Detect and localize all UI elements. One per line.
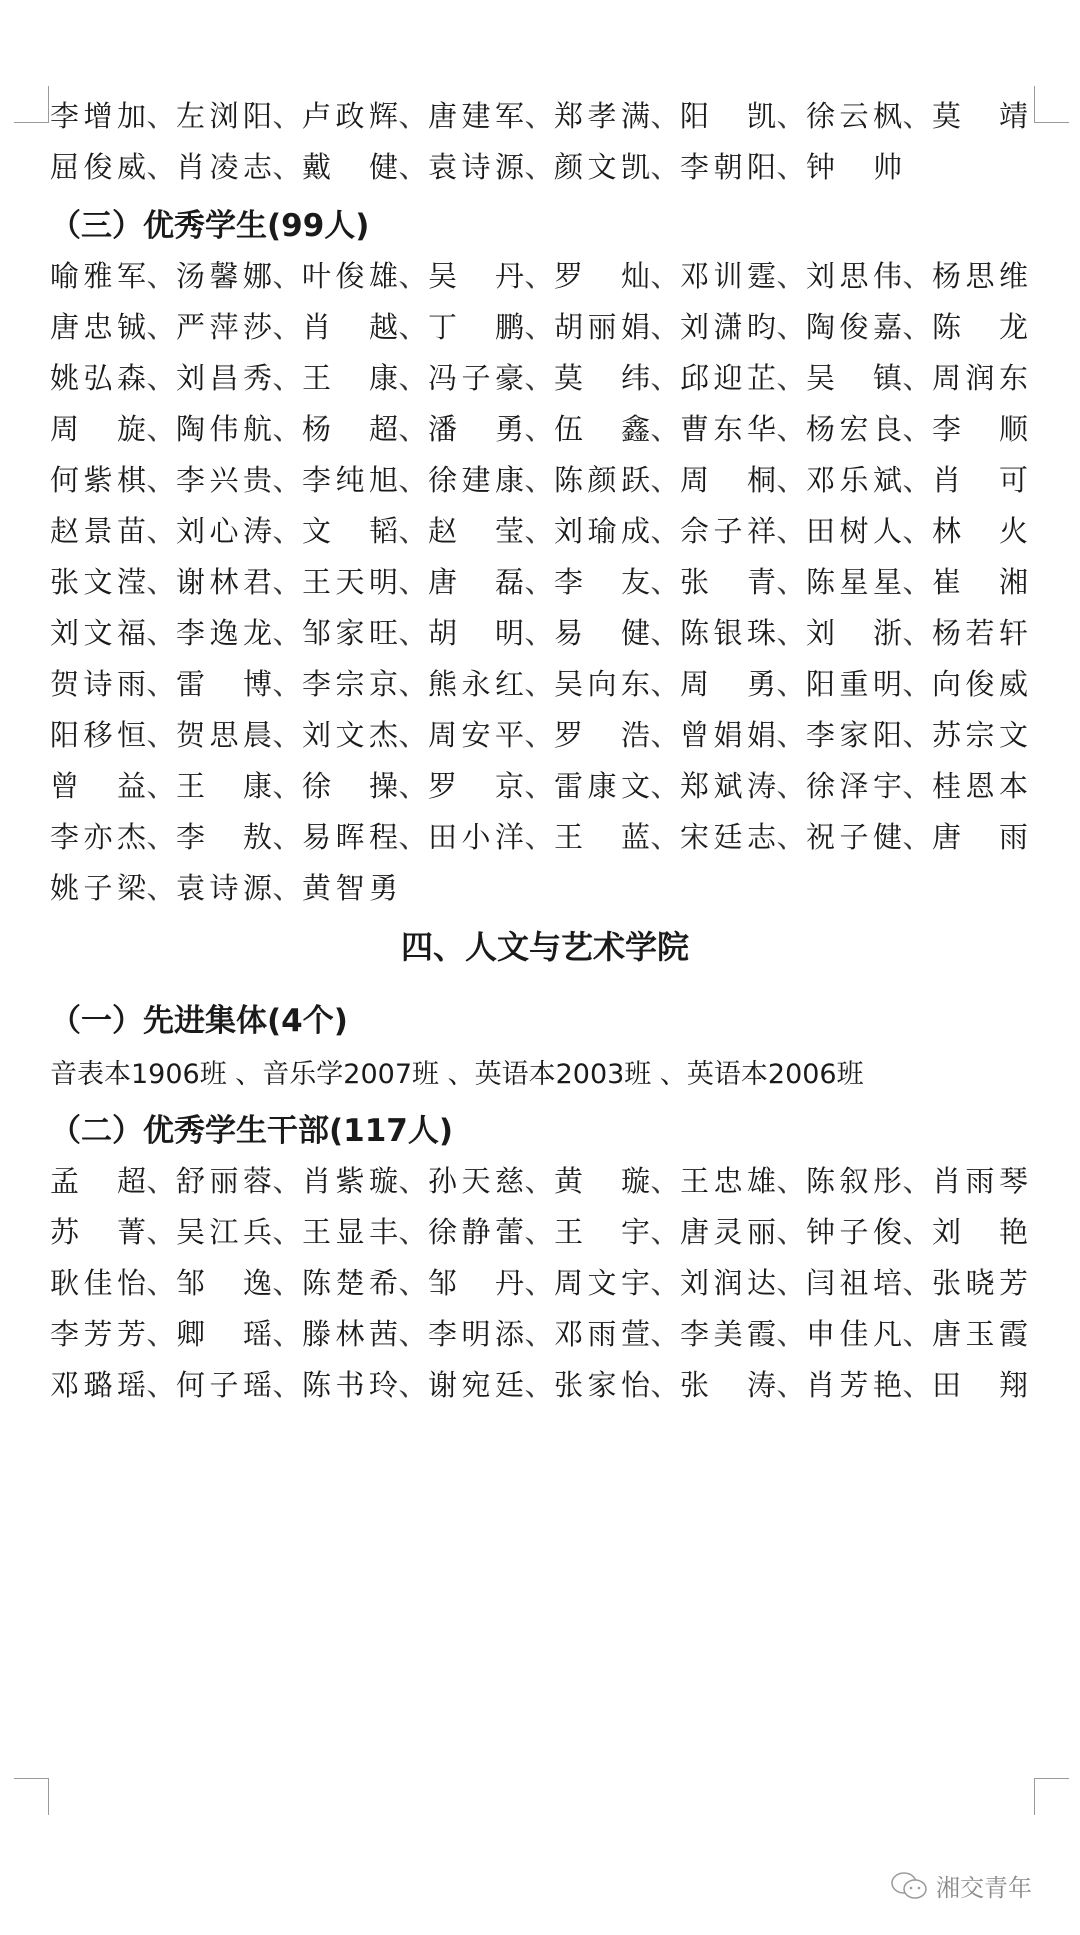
separator: 、 [902, 764, 932, 805]
name-row: 苏 菁、吴江兵、王显丰、徐静蕾、王 宇、唐灵丽、钟子俊、刘 艳 [50, 1208, 1040, 1252]
separator: 、 [650, 611, 680, 652]
person-name: 曹东华 [680, 407, 776, 448]
separator: 、 [398, 662, 428, 703]
separator: 、 [902, 662, 932, 703]
separator: 、 [650, 764, 680, 805]
person-name: 刘 浙 [806, 611, 902, 652]
person-name: 邹 丹 [428, 1261, 524, 1302]
separator: 、 [398, 1159, 428, 1200]
person-name: 王天明 [302, 560, 398, 601]
person-name: 戴 健 [302, 145, 398, 186]
separator: 、 [650, 815, 680, 856]
separator: 、 [146, 764, 176, 805]
separator: 、 [398, 145, 428, 186]
person-name: 陶俊嘉 [806, 305, 902, 346]
person-name: 颜文凯 [554, 145, 650, 186]
separator: 、 [524, 611, 554, 652]
separator: 、 [650, 305, 680, 346]
person-name: 杨 超 [302, 407, 398, 448]
separator: 、 [650, 509, 680, 550]
separator: 、 [272, 254, 302, 295]
separator: 、 [398, 356, 428, 397]
separator: 、 [524, 713, 554, 754]
person-name: 耿佳怡 [50, 1261, 146, 1302]
separator: 、 [650, 1159, 680, 1200]
separator: 、 [272, 1159, 302, 1200]
person-name: 邓训霆 [680, 254, 776, 295]
separator: 、 [524, 254, 554, 295]
separator: 、 [776, 611, 806, 652]
person-name: 何紫棋 [50, 458, 146, 499]
separator: 、 [398, 94, 428, 135]
separator: 、 [272, 662, 302, 703]
separator: 、 [272, 1312, 302, 1353]
person-name: 严萍莎 [176, 305, 272, 346]
name-row: 李亦杰、李 敖、易晖程、田小洋、王 蓝、宋廷志、祝子健、唐 雨 [50, 813, 1040, 857]
person-name: 熊永红 [428, 662, 524, 703]
person-name: 邱迎芷 [680, 356, 776, 397]
separator: 、 [398, 1261, 428, 1302]
person-name: 潘 勇 [428, 407, 524, 448]
separator: 、 [146, 560, 176, 601]
name-row: 何紫棋、李兴贵、李纯旭、徐建康、陈颜跃、周 桐、邓乐斌、肖 可 [50, 456, 1040, 500]
separator: 、 [776, 94, 806, 135]
person-name: 邓雨萱 [554, 1312, 650, 1353]
person-name: 冯子豪 [428, 356, 524, 397]
person-name: 陈星星 [806, 560, 902, 601]
person-name: 屈俊威 [50, 145, 146, 186]
person-name: 陈书玲 [302, 1363, 398, 1404]
separator: 、 [902, 1210, 932, 1251]
person-name: 唐灵丽 [680, 1210, 776, 1251]
person-name: 张晓芳 [932, 1261, 1028, 1302]
person-name: 李芳芳 [50, 1312, 146, 1353]
separator: 、 [146, 662, 176, 703]
person-name: 崔 湘 [932, 560, 1028, 601]
person-name: 孙天慈 [428, 1159, 524, 1200]
separator: 、 [902, 94, 932, 135]
separator: 、 [272, 509, 302, 550]
separator: 、 [398, 560, 428, 601]
separator: 、 [398, 254, 428, 295]
person-name: 林 火 [932, 509, 1028, 550]
separator: 、 [146, 458, 176, 499]
separator: 、 [650, 356, 680, 397]
person-name: 徐 操 [302, 764, 398, 805]
person-name: 周润东 [932, 356, 1028, 397]
crop-mark-bottom-left [14, 1778, 49, 1815]
person-name: 王 蓝 [554, 815, 650, 856]
separator: 、 [398, 458, 428, 499]
person-name: 陶伟航 [176, 407, 272, 448]
person-name: 卢政辉 [302, 94, 398, 135]
separator: 、 [902, 560, 932, 601]
person-name: 李美霞 [680, 1312, 776, 1353]
separator: 、 [902, 254, 932, 295]
separator: 、 [272, 1363, 302, 1404]
separator: 、 [524, 458, 554, 499]
person-name: 谢林君 [176, 560, 272, 601]
name-row: 李芳芳、卿 瑶、滕林茜、李明添、邓雨萱、李美霞、申佳凡、唐玉霞 [50, 1310, 1040, 1354]
separator: 、 [146, 1363, 176, 1404]
person-name: 吴 镇 [806, 356, 902, 397]
separator: 、 [398, 815, 428, 856]
person-name: 钟 帅 [806, 145, 902, 186]
separator: 、 [776, 662, 806, 703]
person-name: 汤馨娜 [176, 254, 272, 295]
person-name: 李 顺 [932, 407, 1028, 448]
person-name: 肖 可 [932, 458, 1028, 499]
name-row: 孟 超、舒丽蓉、肖紫璇、孙天慈、黄 璇、王忠雄、陈叙彤、肖雨琴 [50, 1157, 1040, 1201]
person-name: 姚弘森 [50, 356, 146, 397]
person-name: 徐泽宇 [806, 764, 902, 805]
person-name: 莫 靖 [932, 94, 1028, 135]
person-name: 罗 灿 [554, 254, 650, 295]
person-name: 丁 鹏 [428, 305, 524, 346]
separator: 、 [650, 1261, 680, 1302]
person-name: 钟子俊 [806, 1210, 902, 1251]
person-name: 邓乐斌 [806, 458, 902, 499]
name-row: 李增加、左浏阳、卢政辉、唐建军、郑孝满、阳 凯、徐云枫、莫 靖 [50, 92, 1040, 136]
name-row: 阳移恒、贺思晨、刘文杰、周安平、罗 浩、曾娟娟、李家阳、苏宗文 [50, 711, 1040, 755]
separator: 、 [146, 356, 176, 397]
separator: 、 [524, 764, 554, 805]
separator: 、 [272, 866, 302, 907]
person-name: 喻雅军 [50, 254, 146, 295]
person-name: 桂恩本 [932, 764, 1028, 805]
separator: 、 [902, 509, 932, 550]
separator: 、 [776, 1159, 806, 1200]
separator: 、 [776, 254, 806, 295]
separator: 、 [650, 1312, 680, 1353]
person-name: 邓璐瑶 [50, 1363, 146, 1404]
person-name: 张家怡 [554, 1363, 650, 1404]
name-row: 刘文福、李逸龙、邹家旺、胡 明、易 健、陈银珠、刘 浙、杨若轩 [50, 609, 1040, 653]
separator: 、 [650, 560, 680, 601]
person-name: 陈楚希 [302, 1261, 398, 1302]
person-name: 宋廷志 [680, 815, 776, 856]
person-name: 曾娟娟 [680, 713, 776, 754]
separator: 、 [524, 1312, 554, 1353]
person-name: 文 韬 [302, 509, 398, 550]
separator: 、 [776, 713, 806, 754]
person-name: 舒丽蓉 [176, 1159, 272, 1200]
person-name: 雷 博 [176, 662, 272, 703]
name-row: 屈俊威、肖凌志、戴 健、袁诗源、颜文凯、李朝阳、钟 帅 [50, 143, 1040, 187]
person-name: 李纯旭 [302, 458, 398, 499]
person-name: 李 友 [554, 560, 650, 601]
separator: 、 [146, 1261, 176, 1302]
separator: 、 [398, 764, 428, 805]
person-name: 陈 龙 [932, 305, 1028, 346]
separator: 、 [272, 1261, 302, 1302]
separator: 、 [146, 145, 176, 186]
person-name: 赵 莹 [428, 509, 524, 550]
person-name: 吴江兵 [176, 1210, 272, 1251]
separator: 、 [776, 356, 806, 397]
separator: 、 [902, 611, 932, 652]
person-name: 吴 丹 [428, 254, 524, 295]
person-name: 罗 浩 [554, 713, 650, 754]
separator: 、 [650, 662, 680, 703]
person-name: 王忠雄 [680, 1159, 776, 1200]
person-name: 田树人 [806, 509, 902, 550]
separator: 、 [776, 407, 806, 448]
person-name: 伍 鑫 [554, 407, 650, 448]
person-name: 李增加 [50, 94, 146, 135]
separator: 、 [272, 407, 302, 448]
separator: 、 [272, 94, 302, 135]
wechat-icon [890, 1870, 930, 1902]
separator: 、 [902, 1312, 932, 1353]
person-name: 赵景苗 [50, 509, 146, 550]
separator: 、 [272, 145, 302, 186]
person-name: 罗 京 [428, 764, 524, 805]
person-name: 陈叙彤 [806, 1159, 902, 1200]
name-row: 耿佳怡、邹 逸、陈楚希、邹 丹、周文宇、刘润达、闫祖培、张晓芳 [50, 1259, 1040, 1303]
person-name: 陈颜跃 [554, 458, 650, 499]
name-row: 曾 益、王 康、徐 操、罗 京、雷康文、郑斌涛、徐泽宇、桂恩本 [50, 762, 1040, 806]
separator: 、 [524, 509, 554, 550]
person-name: 阳重明 [806, 662, 902, 703]
person-name: 姚子梁 [50, 866, 146, 907]
separator: 、 [524, 356, 554, 397]
person-name: 王 宇 [554, 1210, 650, 1251]
person-name: 袁诗源 [176, 866, 272, 907]
separator: 、 [146, 305, 176, 346]
separator: 、 [146, 815, 176, 856]
separator: 、 [902, 815, 932, 856]
separator: 、 [524, 94, 554, 135]
name-row: 邓璐瑶、何子瑶、陈书玲、谢宛廷、张家怡、张 涛、肖芳艳、田 翔 [50, 1361, 1040, 1405]
person-name: 张 青 [680, 560, 776, 601]
person-name: 周 桐 [680, 458, 776, 499]
separator: 、 [398, 407, 428, 448]
person-name: 苏 菁 [50, 1210, 146, 1251]
separator: 、 [272, 815, 302, 856]
person-name: 刘瑜成 [554, 509, 650, 550]
separator: 、 [524, 145, 554, 186]
person-name: 唐建军 [428, 94, 524, 135]
name-row: 张文滢、谢林君、王天明、唐 磊、李 友、张 青、陈星星、崔 湘 [50, 558, 1040, 602]
person-name: 邹 逸 [176, 1261, 272, 1302]
separator: 、 [902, 1261, 932, 1302]
separator: 、 [146, 509, 176, 550]
person-name: 孟 超 [50, 1159, 146, 1200]
person-name: 邹家旺 [302, 611, 398, 652]
separator: 、 [524, 1159, 554, 1200]
person-name: 刘 艳 [932, 1210, 1028, 1251]
separator: 、 [524, 815, 554, 856]
separator: 、 [902, 1363, 932, 1404]
person-name: 左浏阳 [176, 94, 272, 135]
separator: 、 [776, 764, 806, 805]
person-name: 郑斌涛 [680, 764, 776, 805]
separator: 、 [902, 1159, 932, 1200]
person-name: 杨宏良 [806, 407, 902, 448]
separator: 、 [272, 356, 302, 397]
separator: 、 [776, 560, 806, 601]
separator: 、 [398, 509, 428, 550]
person-name: 李明添 [428, 1312, 524, 1353]
separator: 、 [398, 1210, 428, 1251]
person-name: 肖雨琴 [932, 1159, 1028, 1200]
person-name: 刘文杰 [302, 713, 398, 754]
crop-mark-bottom-right [1034, 1778, 1069, 1815]
person-name: 肖 越 [302, 305, 398, 346]
separator: 、 [776, 1210, 806, 1251]
separator: 、 [272, 560, 302, 601]
separator: 、 [146, 407, 176, 448]
person-name: 祝子健 [806, 815, 902, 856]
person-name: 唐忠铖 [50, 305, 146, 346]
separator: 、 [524, 1363, 554, 1404]
person-name: 刘潇昀 [680, 305, 776, 346]
person-name: 卿 瑶 [176, 1312, 272, 1353]
person-name: 李朝阳 [680, 145, 776, 186]
person-name: 陈银珠 [680, 611, 776, 652]
separator: 、 [650, 1210, 680, 1251]
advanced-collective-list: 音表本1906班 、音乐学2007班 、英语本2003班 、英语本2006班 [50, 1052, 864, 1091]
separator: 、 [650, 458, 680, 499]
person-name: 张 涛 [680, 1363, 776, 1404]
separator: 、 [776, 815, 806, 856]
separator: 、 [902, 713, 932, 754]
person-name: 唐 雨 [932, 815, 1028, 856]
person-name: 肖紫璇 [302, 1159, 398, 1200]
person-name: 佘子祥 [680, 509, 776, 550]
separator: 、 [146, 1159, 176, 1200]
person-name: 曾 益 [50, 764, 146, 805]
person-name: 申佳凡 [806, 1312, 902, 1353]
separator: 、 [650, 145, 680, 186]
person-name: 刘昌秀 [176, 356, 272, 397]
separator: 、 [650, 713, 680, 754]
name-row: 喻雅军、汤馨娜、叶俊雄、吴 丹、罗 灿、邓训霆、刘思伟、杨思维 [50, 252, 1040, 296]
separator: 、 [902, 305, 932, 346]
person-name: 田小洋 [428, 815, 524, 856]
person-name: 田 翔 [932, 1363, 1028, 1404]
person-name: 李逸龙 [176, 611, 272, 652]
separator: 、 [776, 1261, 806, 1302]
separator: 、 [272, 611, 302, 652]
person-name: 叶俊雄 [302, 254, 398, 295]
person-name: 黄智勇 [302, 866, 398, 907]
person-name: 李亦杰 [50, 815, 146, 856]
person-name: 易晖程 [302, 815, 398, 856]
name-row: 周 旋、陶伟航、杨 超、潘 勇、伍 鑫、曹东华、杨宏良、李 顺 [50, 405, 1040, 449]
separator: 、 [650, 407, 680, 448]
separator: 、 [146, 1312, 176, 1353]
person-name: 刘文福 [50, 611, 146, 652]
person-name: 周 旋 [50, 407, 146, 448]
separator: 、 [524, 1210, 554, 1251]
separator: 、 [524, 305, 554, 346]
person-name: 唐 磊 [428, 560, 524, 601]
separator: 、 [146, 611, 176, 652]
separator: 、 [398, 1312, 428, 1353]
person-name: 袁诗源 [428, 145, 524, 186]
section-heading-excellent-students: （三）优秀学生(99人) [50, 200, 369, 245]
separator: 、 [776, 509, 806, 550]
person-name: 谢宛廷 [428, 1363, 524, 1404]
person-name: 贺思晨 [176, 713, 272, 754]
separator: 、 [524, 1261, 554, 1302]
person-name: 张文滢 [50, 560, 146, 601]
separator: 、 [146, 866, 176, 907]
person-name: 刘润达 [680, 1261, 776, 1302]
person-name: 周文宇 [554, 1261, 650, 1302]
separator: 、 [398, 1363, 428, 1404]
section-title-humanities-arts: 四、人文与艺术学院 [50, 922, 1040, 968]
person-name: 闫祖培 [806, 1261, 902, 1302]
separator: 、 [146, 713, 176, 754]
name-row: 贺诗雨、雷 博、李宗京、熊永红、吴向东、周 勇、阳重明、向俊威 [50, 660, 1040, 704]
separator: 、 [650, 94, 680, 135]
person-name: 李宗京 [302, 662, 398, 703]
person-name: 杨思维 [932, 254, 1028, 295]
name-row: 姚子梁、袁诗源、黄智勇 [50, 864, 1040, 908]
crop-mark-top-left [14, 86, 49, 123]
separator: 、 [272, 1210, 302, 1251]
person-name: 周安平 [428, 713, 524, 754]
name-row: 赵景苗、刘心涛、文 韬、赵 莹、刘瑜成、佘子祥、田树人、林 火 [50, 507, 1040, 551]
separator: 、 [398, 611, 428, 652]
person-name: 阳移恒 [50, 713, 146, 754]
separator: 、 [398, 713, 428, 754]
name-row: 姚弘森、刘昌秀、王 康、冯子豪、莫 纬、邱迎芷、吴 镇、周润东 [50, 354, 1040, 398]
separator: 、 [524, 662, 554, 703]
section-heading-advanced-collective: （一）先进集体(4个) [50, 995, 348, 1040]
person-name: 杨若轩 [932, 611, 1028, 652]
person-name: 李兴贵 [176, 458, 272, 499]
name-row: 唐忠铖、严萍莎、肖 越、丁 鹏、胡丽娟、刘潇昀、陶俊嘉、陈 龙 [50, 303, 1040, 347]
person-name: 易 健 [554, 611, 650, 652]
person-name: 李 敖 [176, 815, 272, 856]
person-name: 雷康文 [554, 764, 650, 805]
person-name: 周 勇 [680, 662, 776, 703]
person-name: 王显丰 [302, 1210, 398, 1251]
person-name: 吴向东 [554, 662, 650, 703]
separator: 、 [146, 1210, 176, 1251]
person-name: 王 康 [302, 356, 398, 397]
person-name: 唐玉霞 [932, 1312, 1028, 1353]
separator: 、 [650, 1363, 680, 1404]
person-name: 刘思伟 [806, 254, 902, 295]
person-name: 徐建康 [428, 458, 524, 499]
separator: 、 [524, 560, 554, 601]
person-name: 王 康 [176, 764, 272, 805]
separator: 、 [776, 145, 806, 186]
person-name: 肖凌志 [176, 145, 272, 186]
person-name: 向俊威 [932, 662, 1028, 703]
separator: 、 [902, 458, 932, 499]
person-name: 胡丽娟 [554, 305, 650, 346]
person-name: 肖芳艳 [806, 1363, 902, 1404]
separator: 、 [776, 1363, 806, 1404]
person-name: 郑孝满 [554, 94, 650, 135]
person-name: 莫 纬 [554, 356, 650, 397]
separator: 、 [776, 305, 806, 346]
watermark: 湘交青年 [890, 1868, 1032, 1903]
separator: 、 [272, 305, 302, 346]
watermark-text: 湘交青年 [936, 1868, 1032, 1903]
person-name: 苏宗文 [932, 713, 1028, 754]
person-name: 阳 凯 [680, 94, 776, 135]
person-name: 黄 璇 [554, 1159, 650, 1200]
person-name: 贺诗雨 [50, 662, 146, 703]
separator: 、 [272, 713, 302, 754]
